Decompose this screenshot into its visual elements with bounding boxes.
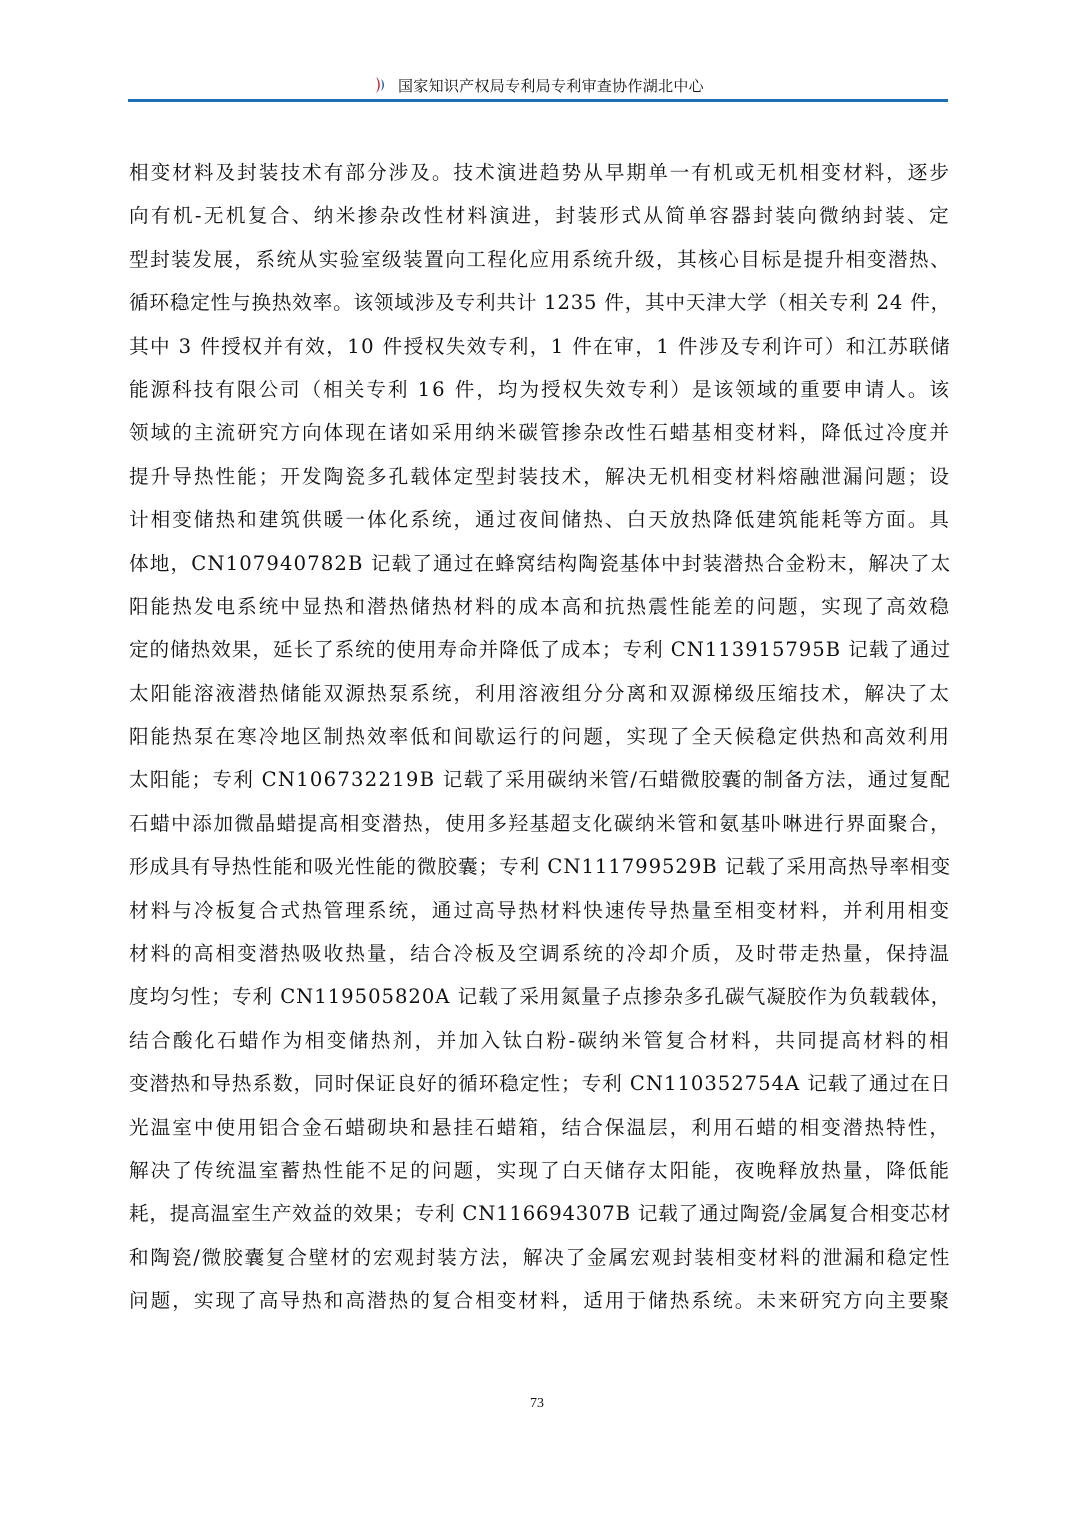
- text-line: 和陶瓷/微胶囊复合壁材的宏观封装方法，解决了金属宏观封装相变材料的泄漏和稳定性: [129, 1243, 951, 1286]
- text-line: 问题，实现了高导热和高潜热的复合相变材料，适用于储热系统。未来研究方向主要聚: [129, 1286, 951, 1329]
- text-line: 向有机-无机复合、纳米掺杂改性材料演进，封装形式从简单容器封装向微纳封装、定: [129, 201, 951, 244]
- text-line: 计相变储热和建筑供暖一体化系统，通过夜间储热、白天放热降低建筑能耗等方面。具: [129, 505, 951, 548]
- text-line: 相变材料及封装技术有部分涉及。技术演进趋势从早期单一有机或无机相变材料，逐步: [129, 158, 951, 201]
- text-line: 解决了传统温室蓄热性能不足的问题，实现了白天储存太阳能，夜晚释放热量，降低能: [129, 1156, 951, 1199]
- text-line: 材料的高相变潜热吸收热量，结合冷板及空调系统的冷却介质，及时带走热量，保持温: [129, 939, 951, 982]
- text-line: 石蜡中添加微晶蜡提高相变潜热，使用多羟基超支化碳纳米管和氨基卟啉进行界面聚合，: [129, 809, 951, 852]
- page-number: 73: [0, 1396, 1074, 1412]
- text-line: 变潜热和导热系数，同时保证良好的循环稳定性；专利 CN110352754A 记载…: [129, 1069, 951, 1112]
- body-paragraph: 相变材料及封装技术有部分涉及。技术演进趋势从早期单一有机或无机相变材料，逐步向有…: [129, 158, 951, 1330]
- text-line: 其中 3 件授权并有效，10 件授权失效专利，1 件在审，1 件涉及专利许可）和…: [129, 332, 951, 375]
- text-line: 太阳能溶液潜热储能双源热泵系统，利用溶液组分分离和双源梯级压缩技术，解决了太: [129, 679, 951, 722]
- text-line: 阳能热泵在寒冷地区制热效率低和间歇运行的问题，实现了全天候稳定供热和高效利用: [129, 722, 951, 765]
- text-line: 型封装发展，系统从实验室级装置向工程化应用系统升级，其核心目标是提升相变潜热、: [129, 245, 951, 288]
- cnipa-logo-icon: [372, 76, 388, 94]
- text-line: 定的储热效果，延长了系统的使用寿命并降低了成本；专利 CN113915795B …: [129, 635, 951, 678]
- text-line: 循环稳定性与换热效率。该领域涉及专利共计 1235 件，其中天津大学（相关专利 …: [129, 288, 951, 331]
- header-organization: 国家知识产权局专利局专利审查协作湖北中心: [398, 77, 704, 95]
- text-line: 领域的主流研究方向体现在诸如采用纳米碳管掺杂改性石蜡基相变材料，降低过冷度并: [129, 418, 951, 461]
- text-line: 材料与冷板复合式热管理系统，通过高导热材料快速传导热量至相变材料，并利用相变: [129, 896, 951, 939]
- text-line: 度均匀性；专利 CN119505820A 记载了采用氮量子点掺杂多孔碳气凝胶作为…: [129, 982, 951, 1025]
- text-line: 光温室中使用铝合金石蜡砌块和悬挂石蜡箱，结合保温层，利用石蜡的相变潜热特性，: [129, 1113, 951, 1156]
- text-line: 太阳能；专利 CN106732219B 记载了采用碳纳米管/石蜡微胶囊的制备方法…: [129, 765, 951, 808]
- header-divider: [128, 99, 948, 102]
- header-title-row: 国家知识产权局专利局专利审查协作湖北中心: [128, 76, 948, 96]
- text-line: 能源科技有限公司（相关专利 16 件，均为授权失效专利）是该领域的重要申请人。该: [129, 375, 951, 418]
- text-line: 阳能热发电系统中显热和潜热储热材料的成本高和抗热震性能差的问题，实现了高效稳: [129, 592, 951, 635]
- page-header: 国家知识产权局专利局专利审查协作湖北中心: [128, 72, 948, 102]
- text-line: 提升导热性能；开发陶瓷多孔载体定型封装技术，解决无机相变材料熔融泄漏问题；设: [129, 462, 951, 505]
- text-line: 形成具有导热性能和吸光性能的微胶囊；专利 CN111799529B 记载了采用高…: [129, 852, 951, 895]
- text-line: 体地，CN107940782B 记载了通过在蜂窝结构陶瓷基体中封装潜热合金粉末，…: [129, 549, 951, 592]
- text-line: 结合酸化石蜡作为相变储热剂，并加入钛白粉-碳纳米管复合材料，共同提高材料的相: [129, 1026, 951, 1069]
- text-line: 耗，提高温室生产效益的效果；专利 CN116694307B 记载了通过陶瓷/金属…: [129, 1199, 951, 1242]
